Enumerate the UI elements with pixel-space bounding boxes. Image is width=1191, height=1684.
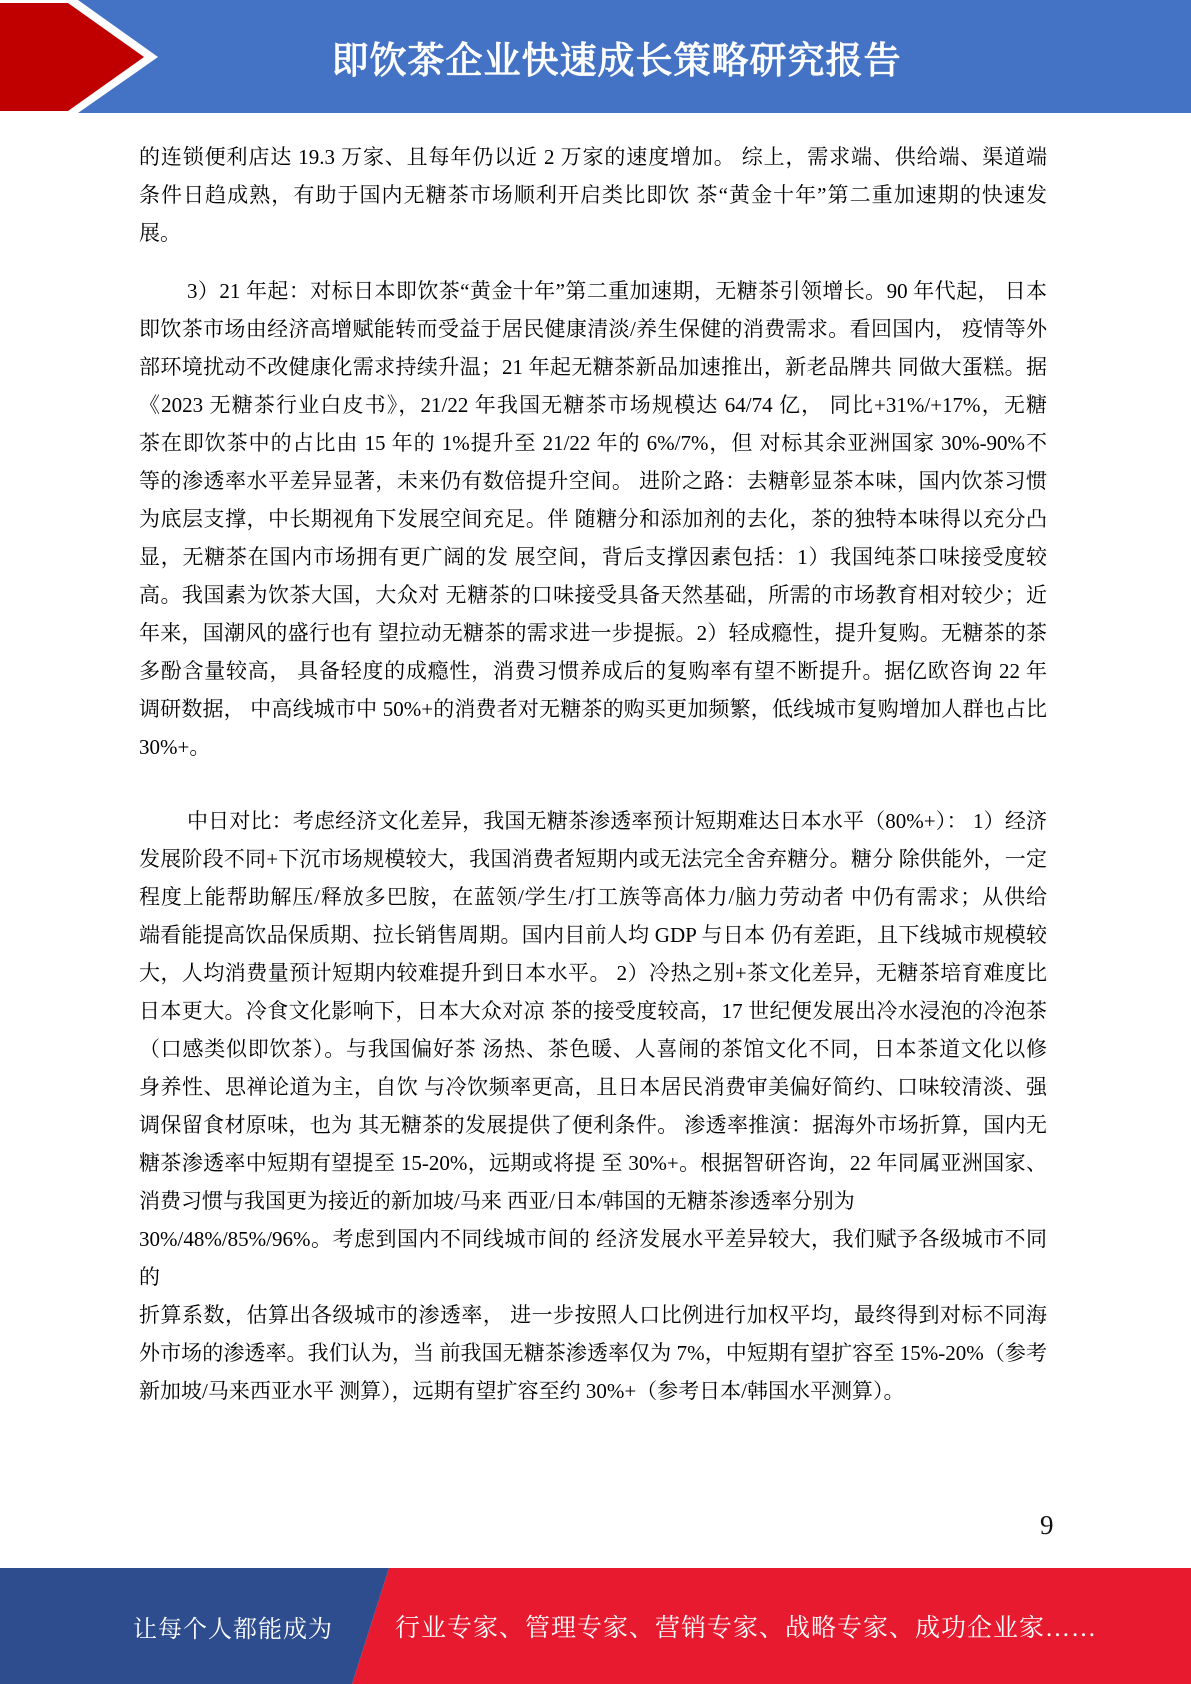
body-line: 等的渗透率水平差异显著，未来仍有数倍提升空间。 进阶之路：去糖彰显茶本味，国内饮…: [139, 462, 1047, 500]
body-line: 展。: [139, 214, 1047, 252]
page-footer: 让每个人都能成为 行业专家、管理专家、营销专家、战略专家、成功企业家……: [0, 1568, 1191, 1684]
body-line: 身养性、思禅论道为主，自饮 与冷饮频率更高，且日本居民消费审美偏好简约、口味较清…: [139, 1068, 1047, 1106]
body-line: 程度上能帮助解压/释放多巴胺，在蓝领/学生/打工族等高体力/脑力劳动者 中仍有需…: [139, 878, 1047, 916]
body-line: 30%+。: [139, 728, 1047, 766]
paragraph: 的连锁便利店达 19.3 万家、且每年仍以近 2 万家的速度增加。 综上，需求端…: [139, 138, 1047, 252]
report-page: 即饮茶企业快速成长策略研究报告 的连锁便利店达 19.3 万家、且每年仍以近 2…: [0, 0, 1191, 1684]
body-line: 日本更大。冷食文化影响下，日本大众对凉 茶的接受度较高，17 世纪便发展出冷水浸…: [139, 992, 1047, 1030]
body-line: 调研数据， 中高线城市中 50%+的消费者对无糖茶的购买更加频繁，低线城市复购增…: [139, 690, 1047, 728]
paragraph: 中日对比：考虑经济文化差异，我国无糖茶渗透率预计短期难达日本水平（80%+）： …: [139, 802, 1047, 1410]
body-line: 条件日趋成熟，有助于国内无糖茶市场顺利开启类比即饮 茶“黄金十年”第二重加速期的…: [139, 176, 1047, 214]
body-line: 消费习惯与我国更为接近的新加坡/马来 西亚/日本/韩国的无糖茶渗透率分别为: [139, 1182, 1047, 1220]
page-number: 9: [1040, 1510, 1054, 1541]
body-line: 茶在即饮茶中的占比由 15 年的 1%提升至 21/22 年的 6%/7%，但 …: [139, 424, 1047, 462]
paragraphs-container: 的连锁便利店达 19.3 万家、且每年仍以近 2 万家的速度增加。 综上，需求端…: [139, 138, 1047, 1410]
body-line: 发展阶段不同+下沉市场规模较大，我国消费者短期内或无法完全舍弃糖分。糖分 除供能…: [139, 840, 1047, 878]
body-line: 大，人均消费量预计短期内较难提升到日本水平。 2）冷热之别+茶文化差异，无糖茶培…: [139, 954, 1047, 992]
body-line: 外市场的渗透率。我们认为，当 前我国无糖茶渗透率仅为 7%，中短期有望扩容至 1…: [139, 1334, 1047, 1372]
body-line: 的连锁便利店达 19.3 万家、且每年仍以近 2 万家的速度增加。 综上，需求端…: [139, 138, 1047, 176]
header-band: 即饮茶企业快速成长策略研究报告: [0, 0, 1191, 113]
footer-slogan-left: 让每个人都能成为: [133, 1568, 333, 1684]
body-line: 3）21 年起：对标日本即饮茶“黄金十年”第二重加速期，无糖茶引领增长。90 年…: [139, 272, 1047, 310]
body-line: 为底层支撑，中长期视角下发展空间充足。伴 随糖分和添加剂的去化，茶的独特本味得以…: [139, 500, 1047, 538]
body-text: 的连锁便利店达 19.3 万家、且每年仍以近 2 万家的速度增加。 综上，需求端…: [139, 138, 1047, 1430]
body-line: 调保留食材原味，也为 其无糖茶的发展提供了便利条件。 渗透率推演：据海外市场折算…: [139, 1106, 1047, 1144]
body-line: 部环境扰动不改健康化需求持续升温；21 年起无糖茶新品加速推出，新老品牌共 同做…: [139, 348, 1047, 386]
body-line: 年来，国潮风的盛行也有 望拉动无糖茶的需求进一步提振。2）轻成瘾性，提升复购。无…: [139, 614, 1047, 652]
body-line: 《2023 无糖茶行业白皮书》，21/22 年我国无糖茶市场规模达 64/74 …: [139, 386, 1047, 424]
body-line: 新加坡/马来西亚水平 测算），远期有望扩容至约 30%+（参考日本/韩国水平测算…: [139, 1372, 1047, 1410]
paragraph: 3）21 年起：对标日本即饮茶“黄金十年”第二重加速期，无糖茶引领增长。90 年…: [139, 272, 1047, 766]
body-line: 即饮茶市场由经济高增赋能转而受益于居民健康清淡/养生保健的消费需求。看回国内， …: [139, 310, 1047, 348]
body-line: 端看能提高饮品保质期、拉长销售周期。国内目前人均 GDP 与日本 仍有差距，且下…: [139, 916, 1047, 954]
page-title: 即饮茶企业快速成长策略研究报告: [0, 0, 1191, 113]
body-line: 折算系数，估算出各级城市的渗透率， 进一步按照人口比例进行加权平均，最终得到对标…: [139, 1296, 1047, 1334]
body-line: 中日对比：考虑经济文化差异，我国无糖茶渗透率预计短期难达日本水平（80%+）： …: [139, 802, 1047, 840]
body-line: 多酚含量较高， 具备轻度的成瘾性，消费习惯养成后的复购率有望不断提升。据亿欧咨询…: [139, 652, 1047, 690]
footer-slogan-right: 行业专家、管理专家、营销专家、战略专家、成功企业家……: [395, 1568, 1097, 1684]
body-line: 30%/48%/85%/96%。考虑到国内不同线城市间的 经济发展水平差异较大，…: [139, 1220, 1047, 1296]
body-line: 高。我国素为饮茶大国，大众对 无糖茶的口味接受具备天然基础，所需的市场教育相对较…: [139, 576, 1047, 614]
body-line: 显，无糖茶在国内市场拥有更广阔的发 展空间，背后支撑因素包括：1）我国纯茶口味接…: [139, 538, 1047, 576]
body-line: 糖茶渗透率中短期有望提至 15-20%，远期或将提 至 30%+。根据智研咨询，…: [139, 1144, 1047, 1182]
body-line: （口感类似即饮茶）。与我国偏好茶 汤热、茶色暖、人喜闹的茶馆文化不同，日本茶道文…: [139, 1030, 1047, 1068]
